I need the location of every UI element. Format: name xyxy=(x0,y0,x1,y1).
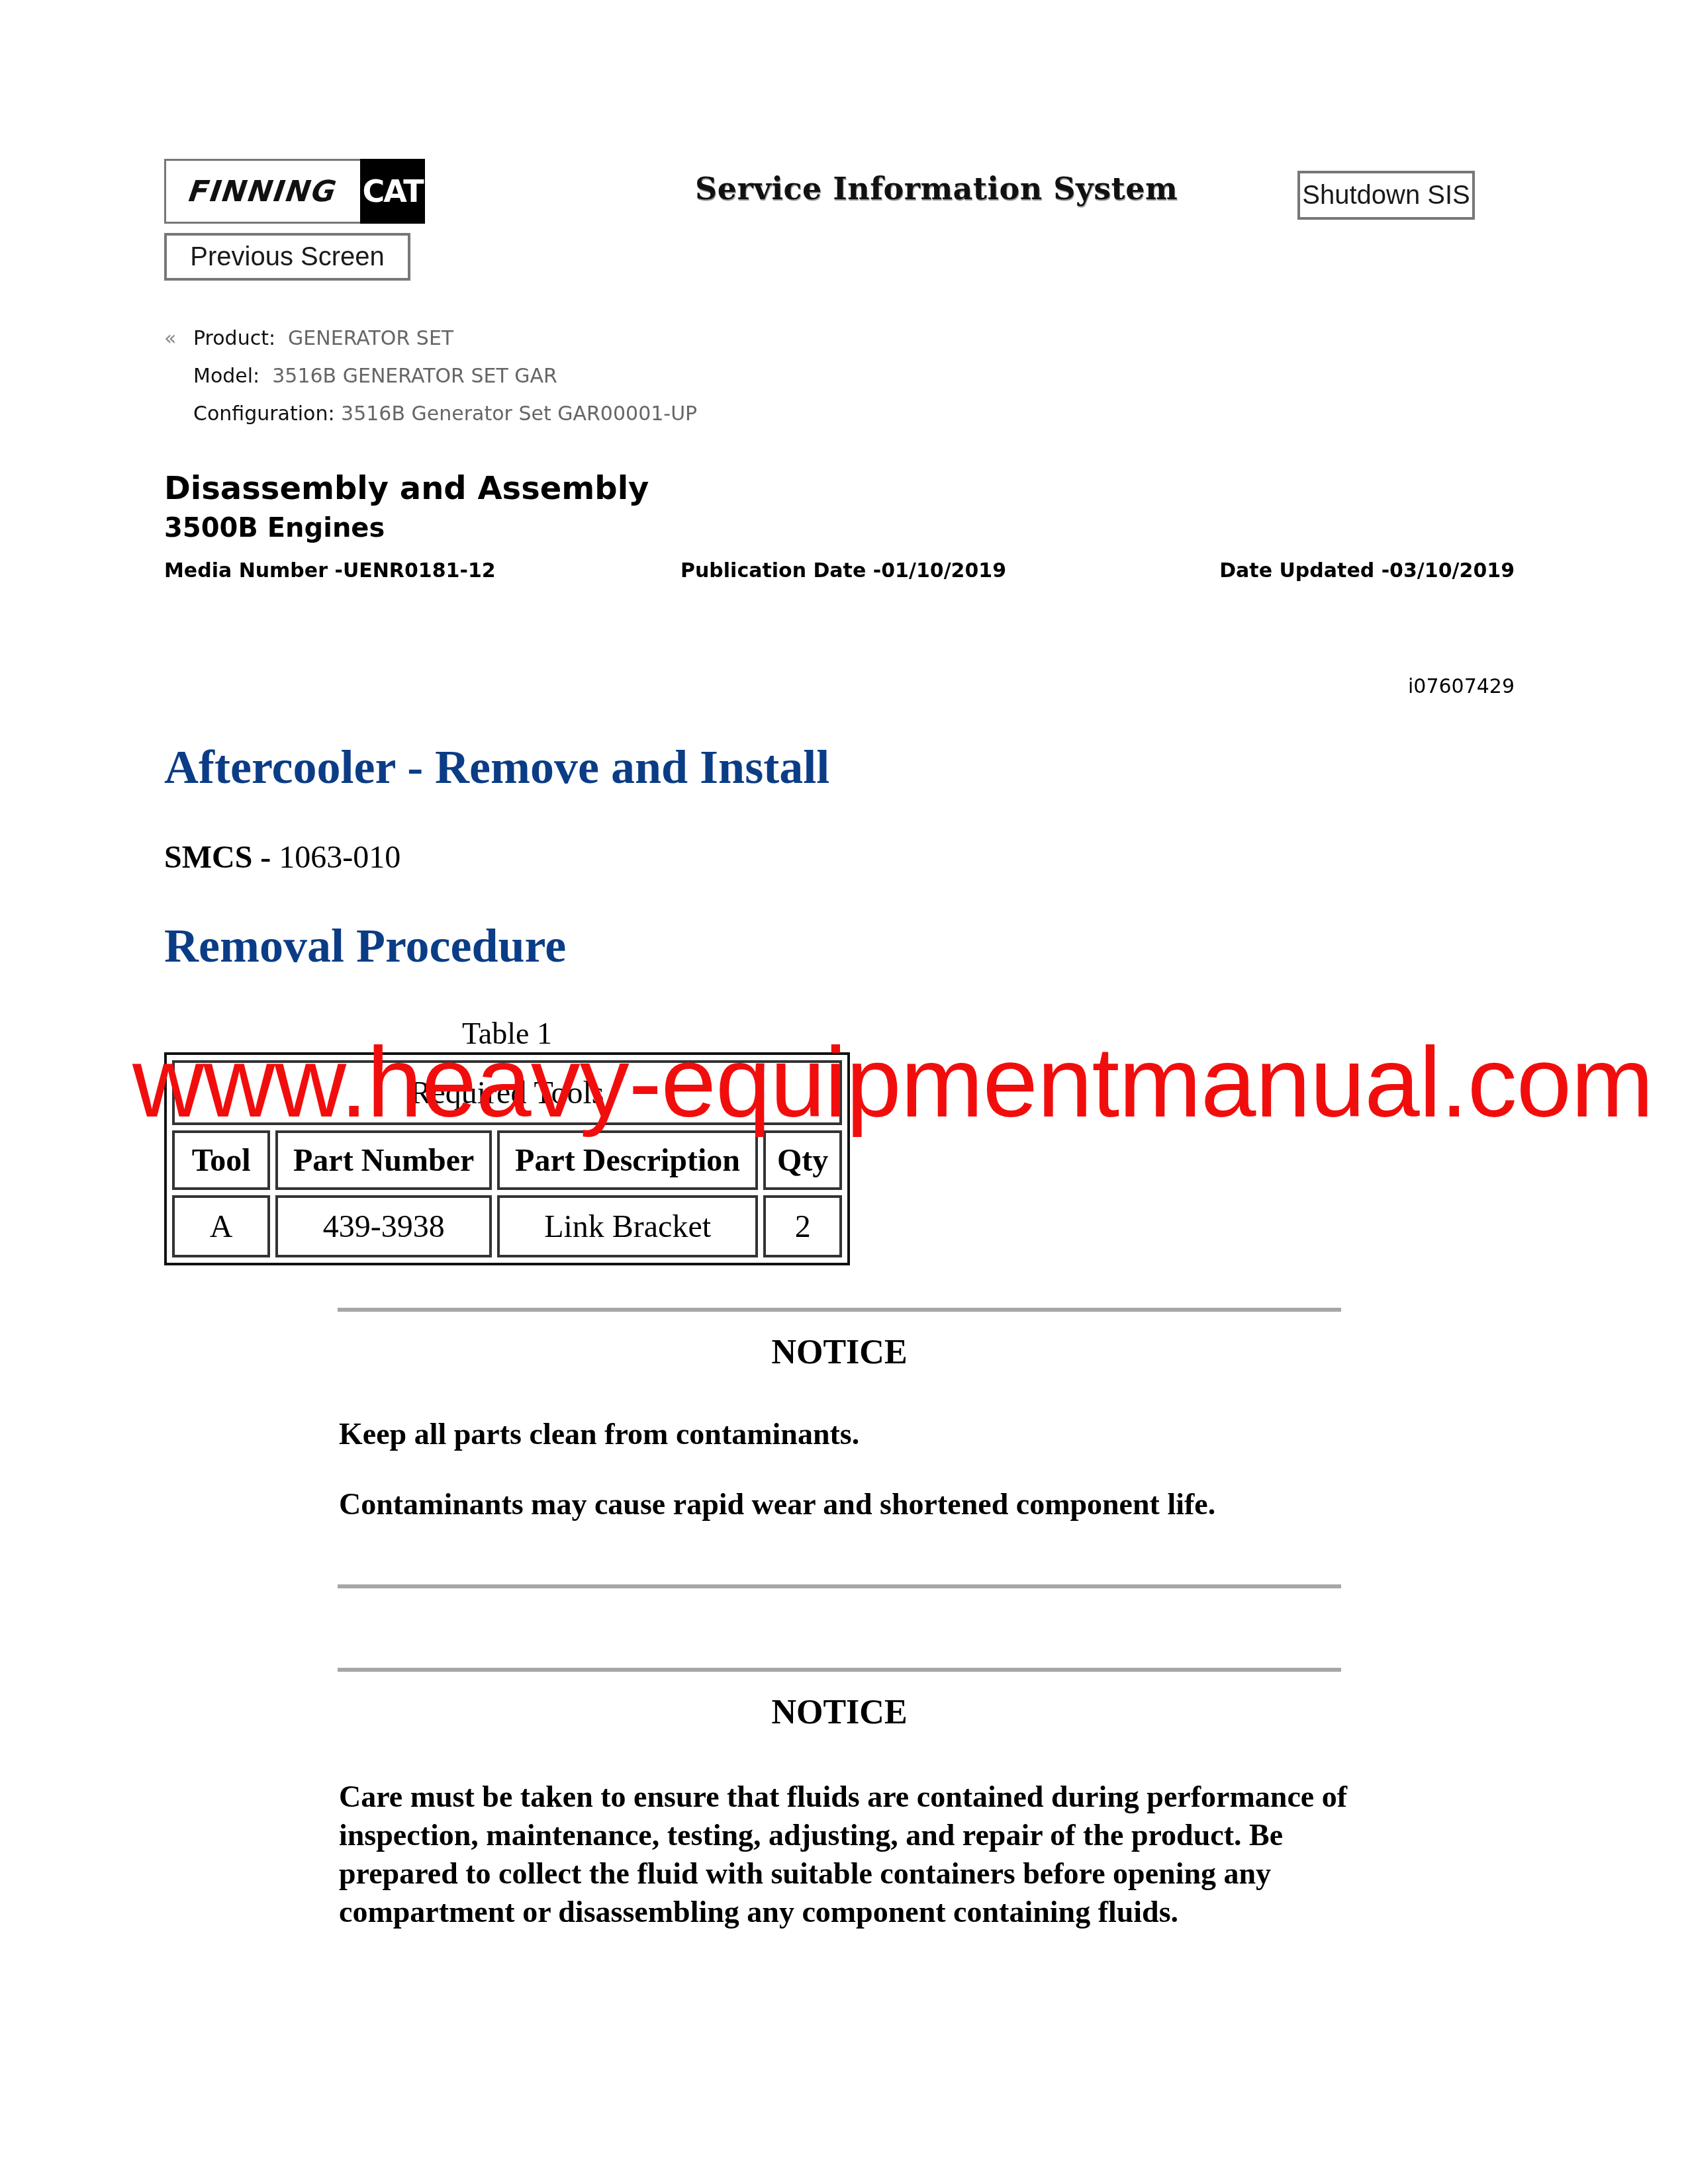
notice-divider xyxy=(338,1668,1341,1672)
notice-divider xyxy=(338,1308,1341,1312)
product-info-row: «Product: GENERATOR SET xyxy=(164,327,453,350)
cell-part-description: Link Bracket xyxy=(497,1195,758,1257)
publication-date: Publication Date -01/10/2019 xyxy=(680,559,1006,582)
notice-paragraph: Contaminants may cause rapid wear and sh… xyxy=(339,1485,1345,1524)
table-caption: Table 1 xyxy=(164,1016,850,1051)
table-row: A 439-3938 Link Bracket 2 xyxy=(172,1195,842,1257)
cell-qty: 2 xyxy=(763,1195,842,1257)
notice-title: NOTICE xyxy=(338,1693,1341,1732)
date-updated: Date Updated -03/10/2019 xyxy=(1219,559,1515,582)
column-header-qty: Qty xyxy=(763,1130,842,1190)
smcs-value: 1063-010 xyxy=(279,840,400,875)
table-title: Required Tools xyxy=(172,1060,842,1125)
column-header-part-number: Part Number xyxy=(275,1130,492,1190)
model-info-row: Model: 3516B GENERATOR SET GAR xyxy=(193,365,557,388)
smcs-label: SMCS - xyxy=(164,840,271,875)
configuration-value: 3516B Generator Set GAR00001-UP xyxy=(341,402,697,426)
system-title: Service Information System xyxy=(695,171,1178,206)
cell-tool: A xyxy=(172,1195,270,1257)
section-heading: Removal Procedure xyxy=(164,919,566,974)
product-value: GENERATOR SET xyxy=(288,327,453,350)
finning-cat-logo: FINNING CAT xyxy=(164,159,425,224)
model-value: 3516B GENERATOR SET GAR xyxy=(272,365,557,388)
document-id: i07607429 xyxy=(1408,675,1515,698)
column-header-tool: Tool xyxy=(172,1130,270,1190)
notice-title: NOTICE xyxy=(338,1333,1341,1372)
double-chevron-left-icon[interactable]: « xyxy=(164,327,184,350)
notice-paragraph: Keep all parts clean from contaminants. xyxy=(339,1415,1345,1453)
page-heading: Aftercooler - Remove and Install xyxy=(164,740,829,795)
table-header-row: Tool Part Number Part Description Qty xyxy=(172,1130,842,1190)
cat-logo-icon: CAT xyxy=(360,159,425,224)
product-label: Product: xyxy=(193,327,275,350)
notice-divider xyxy=(338,1584,1341,1588)
configuration-label: Configuration: xyxy=(193,402,335,426)
finning-logo-text: FINNING xyxy=(162,161,365,222)
configuration-info-row: Configuration: 3516B Generator Set GAR00… xyxy=(193,402,697,426)
media-number: Media Number -UENR0181-12 xyxy=(164,559,496,582)
cell-part-number: 439-3938 xyxy=(275,1195,492,1257)
document-subtitle: 3500B Engines xyxy=(164,513,385,543)
previous-screen-button[interactable]: Previous Screen xyxy=(164,233,410,281)
shutdown-sis-button[interactable]: Shutdown SIS xyxy=(1297,171,1475,220)
model-label: Model: xyxy=(193,365,259,388)
notice-paragraph: Care must be taken to ensure that fluids… xyxy=(339,1778,1352,1931)
smcs-code: SMCS - 1063-010 xyxy=(164,839,400,876)
column-header-part-description: Part Description xyxy=(497,1130,758,1190)
required-tools-table: Required Tools Tool Part Number Part Des… xyxy=(164,1052,850,1265)
document-title: Disassembly and Assembly xyxy=(164,470,649,507)
